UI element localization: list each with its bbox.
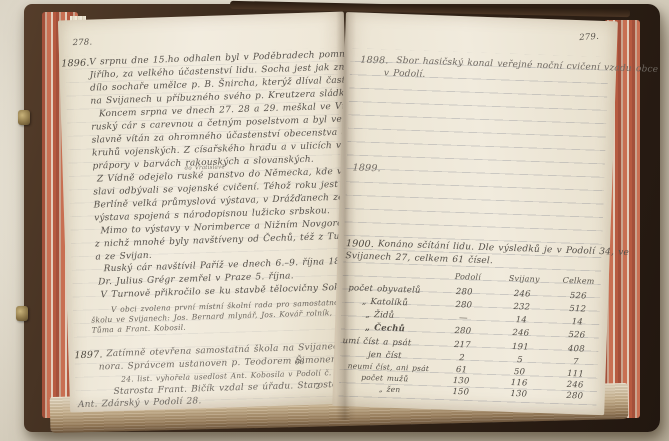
manuscript-line: a ze Svijan. <box>95 251 152 263</box>
census-row-label: „ Čechů <box>365 323 405 334</box>
year-label-1898: 1898. <box>360 55 389 67</box>
year-label-1897: 1897. <box>74 349 103 361</box>
census-row-label: neumí číst, ani psát <box>347 361 429 373</box>
book-gutter-shadow <box>336 8 356 420</box>
census-column-header: Celkem <box>563 276 595 286</box>
clasp-icon <box>18 110 30 125</box>
census-row-label: počet obyvatelů <box>348 283 421 296</box>
margin-note: 68 <box>295 357 305 366</box>
census-value: 232 <box>502 302 542 313</box>
census-value: 217 <box>442 340 482 351</box>
census-value: 61 <box>441 365 481 376</box>
census-value: 191 <box>500 342 540 353</box>
census-value: 246 <box>502 289 542 300</box>
census-value: — <box>443 313 483 324</box>
census-row-label: jen číst <box>368 350 402 361</box>
census-value: 150 <box>441 387 481 398</box>
census-value: 280 <box>444 287 484 298</box>
census-value: 111 <box>555 369 595 380</box>
census-value: 2 <box>442 353 482 364</box>
manuscript-line: Svijanech 27, celkem 61 čísel. <box>345 251 493 266</box>
census-value: 408 <box>556 344 596 355</box>
manuscript-line: v Podolí. <box>384 68 426 79</box>
census-row-label: počet mužů <box>361 373 408 384</box>
census-row-label: „ Katolíků <box>362 297 408 309</box>
year-label-1899: 1899. <box>352 162 381 174</box>
left-page: 278. 1896. V srpnu dne 15.ho odhalen byl… <box>58 12 356 413</box>
census-column-header: Svijany <box>509 274 540 284</box>
census-value: 7 <box>556 357 596 368</box>
census-value: 280 <box>444 300 484 311</box>
margin-note: 2 <box>315 382 320 391</box>
census-value: 5 <box>500 355 540 366</box>
census-value: 526 <box>557 330 597 341</box>
census-value: 512 <box>558 304 598 315</box>
right-page: 279. 1898. Sbor hasičský konal veřejné n… <box>332 12 618 415</box>
census-value: 50 <box>499 367 539 378</box>
clasp-icon <box>16 306 28 321</box>
census-row-label: „ Židů <box>365 310 394 321</box>
census-column-header: Podolí <box>455 272 481 282</box>
census-value: 130 <box>441 376 481 387</box>
right-page-number: 279. <box>579 32 599 43</box>
census-value: 130 <box>499 389 539 400</box>
year-label-1896: 1896. <box>61 58 90 70</box>
left-page-number: 278. <box>72 38 92 49</box>
manuscript-line: Ant. Zdárský v Podolí 28. <box>78 396 202 410</box>
census-value: 246 <box>555 380 595 391</box>
census-row-label: „ žen <box>379 384 401 394</box>
census-value: 116 <box>499 378 539 389</box>
photo-background: 278. 1896. V srpnu dne 15.ho odhalen byl… <box>0 0 669 441</box>
census-value: 246 <box>501 328 541 339</box>
census-value: 526 <box>558 291 598 302</box>
census-value: 280 <box>555 391 595 402</box>
manuscript-small-line: Tůma a Frant. Kobosil. <box>92 323 186 335</box>
census-value: 14 <box>557 317 597 328</box>
census-value: 14 <box>501 315 541 326</box>
census-value: 280 <box>443 326 483 337</box>
